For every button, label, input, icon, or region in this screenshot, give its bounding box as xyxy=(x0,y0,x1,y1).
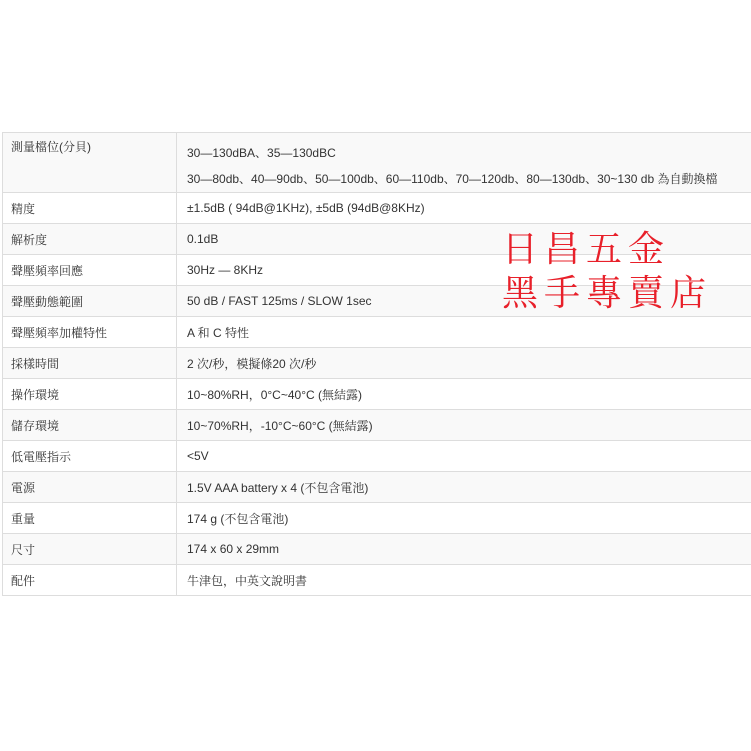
spec-value: 10~80%RH，0°C~40°C (無結露) xyxy=(177,379,751,410)
spec-value: <5V xyxy=(177,441,751,472)
spec-label: 聲壓頻率回應 xyxy=(3,255,177,286)
spec-label: 測量檔位(分貝) xyxy=(3,133,177,193)
spec-value: 174 g (不包含電池) xyxy=(177,503,751,534)
spec-value: ±1.5dB ( 94dB@1KHz), ±5dB (94dB@8KHz) xyxy=(177,193,751,224)
spec-row-sampling-time: 採樣時間 2 次/秒，模擬條20 次/秒 xyxy=(3,348,751,379)
spec-label: 電源 xyxy=(3,472,177,503)
spec-label: 重量 xyxy=(3,503,177,534)
spec-row-storage-environment: 儲存環境 10~70%RH，-10°C~60°C (無結露) xyxy=(3,410,751,441)
spec-value: A 和 C 特性 xyxy=(177,317,751,348)
product-spec-page: 測量檔位(分貝) 30—130dBA、35—130dBC 30—80db、40—… xyxy=(0,0,751,751)
spec-label: 配件 xyxy=(3,565,177,596)
spec-row-accessories: 配件 牛津包，中英文說明書 xyxy=(3,565,751,596)
spec-row-low-voltage: 低電壓指示 <5V xyxy=(3,441,751,472)
spec-row-weighting: 聲壓頻率加權特性 A 和 C 特性 xyxy=(3,317,751,348)
spec-value: 50 dB / FAST 125ms / SLOW 1sec xyxy=(177,286,751,317)
spec-row-accuracy: 精度 ±1.5dB ( 94dB@1KHz), ±5dB (94dB@8KHz) xyxy=(3,193,751,224)
spec-value: 0.1dB xyxy=(177,224,751,255)
spec-label: 聲壓頻率加權特性 xyxy=(3,317,177,348)
spec-label: 尺寸 xyxy=(3,534,177,565)
spec-table: 測量檔位(分貝) 30—130dBA、35—130dBC 30—80db、40—… xyxy=(2,132,751,596)
spec-row-weight: 重量 174 g (不包含電池) xyxy=(3,503,751,534)
spec-value: 2 次/秒，模擬條20 次/秒 xyxy=(177,348,751,379)
spec-value: 174 x 60 x 29mm xyxy=(177,534,751,565)
spec-row-measurement-range: 測量檔位(分貝) 30—130dBA、35—130dBC 30—80db、40—… xyxy=(3,133,751,193)
spec-row-dynamic-range: 聲壓動態範圍 50 dB / FAST 125ms / SLOW 1sec xyxy=(3,286,751,317)
spec-value: 30Hz — 8KHz xyxy=(177,255,751,286)
spec-label: 採樣時間 xyxy=(3,348,177,379)
spec-value: 30—130dBA、35—130dBC 30—80db、40—90db、50—1… xyxy=(177,133,751,193)
spec-label: 解析度 xyxy=(3,224,177,255)
spec-label: 操作環境 xyxy=(3,379,177,410)
spec-row-operating-environment: 操作環境 10~80%RH，0°C~40°C (無結露) xyxy=(3,379,751,410)
spec-value-line: 30—130dBA、35—130dBC xyxy=(187,140,751,166)
spec-label: 儲存環境 xyxy=(3,410,177,441)
spec-row-power: 電源 1.5V AAA battery x 4 (不包含電池) xyxy=(3,472,751,503)
spec-row-resolution: 解析度 0.1dB xyxy=(3,224,751,255)
spec-value: 牛津包，中英文說明書 xyxy=(177,565,751,596)
spec-row-dimensions: 尺寸 174 x 60 x 29mm xyxy=(3,534,751,565)
spec-label: 精度 xyxy=(3,193,177,224)
spec-label: 聲壓動態範圍 xyxy=(3,286,177,317)
spec-value-line: 30—80db、40—90db、50—100db、60—110db、70—120… xyxy=(187,166,751,192)
spec-label: 低電壓指示 xyxy=(3,441,177,472)
spec-row-frequency-response: 聲壓頻率回應 30Hz — 8KHz xyxy=(3,255,751,286)
spec-value: 10~70%RH，-10°C~60°C (無結露) xyxy=(177,410,751,441)
spec-value: 1.5V AAA battery x 4 (不包含電池) xyxy=(177,472,751,503)
